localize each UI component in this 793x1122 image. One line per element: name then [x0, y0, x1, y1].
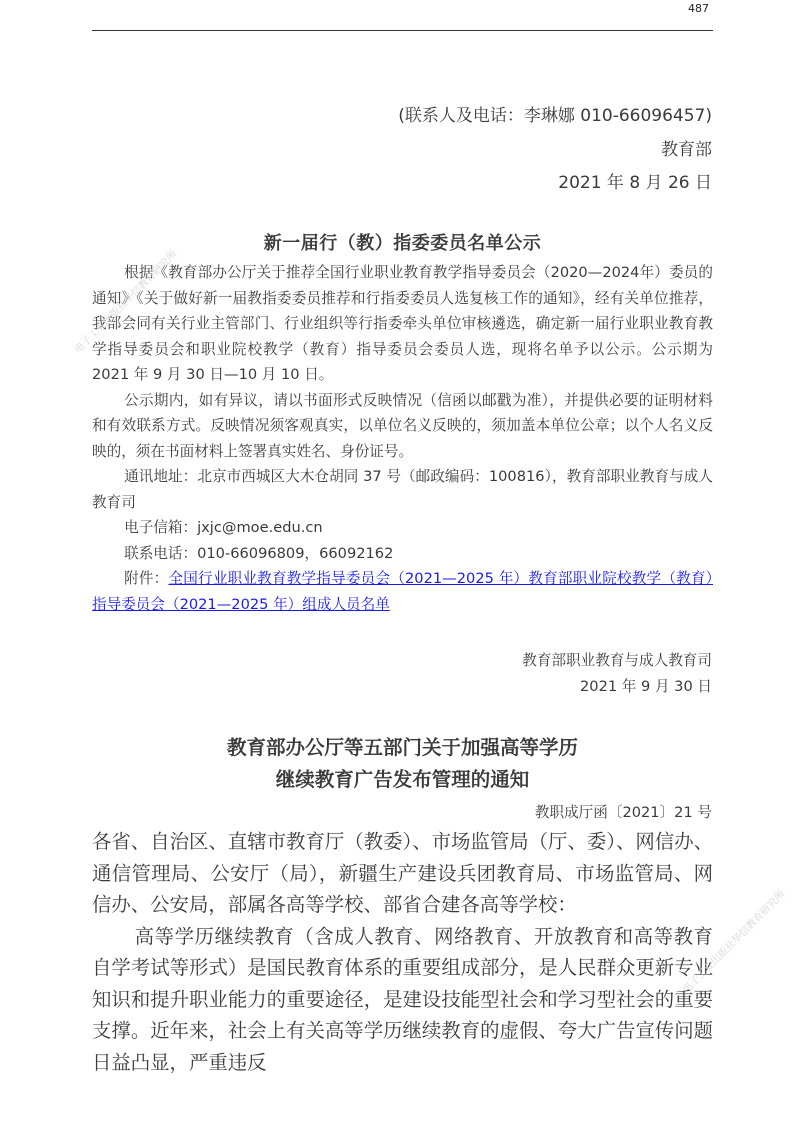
notice1-paragraph-2: 公示期内，如有异议，请以书面形式反映情况（信函以邮戳为准），并提供必要的证明材料…	[92, 388, 713, 465]
email-label: 电子信箱：	[124, 519, 197, 536]
notice1-date: 2021 年 9 月 30 日	[580, 675, 712, 696]
attachment-link[interactable]: 全国行业职业教育教学指导委员会（2021—2025 年）教育部职业院校教学（教育…	[92, 570, 713, 613]
notice1-email-line: 电子信箱：jxjc@moe.edu.cn	[92, 515, 713, 541]
notice1-title: 新一届行（教）指委委员名单公示	[92, 229, 713, 255]
notice1-paragraph-3: 通讯地址：北京市西城区大木仓胡同 37 号（邮政编码：100816），教育部职业…	[92, 464, 713, 515]
phone-value: 010-66096809，66092162	[197, 545, 393, 562]
notice2-title-line2: 继续教育广告发布管理的通知	[92, 764, 713, 792]
notice1-paragraph-1: 根据《教育部办公厅关于推荐全国行业职业教育教学指导委员会（2020—2024年）…	[92, 260, 713, 388]
issue-date: 2021 年 8 月 26 日	[558, 168, 712, 193]
attachment-label: 附件：	[124, 570, 168, 587]
issuer: 教育部	[661, 135, 712, 160]
notice2-paragraph-1: 高等学历继续教育（含成人教育、网络教育、开放教育和高等教育自学考试等形式）是国民…	[92, 921, 713, 1079]
contact-line: (联系人及电话：李琳娜 010-66096457)	[398, 101, 712, 126]
notice2-title-line1: 教育部办公厅等五部门关于加强高等学历	[92, 732, 713, 760]
addressees: 各省、自治区、直辖市教育厅（教委）、市场监管局（厅、委）、网信办、通信管理局、公…	[92, 826, 713, 921]
notice2-body: 各省、自治区、直辖市教育厅（教委）、市场监管局（厅、委）、网信办、通信管理局、公…	[92, 826, 713, 1078]
phone-label: 联系电话：	[124, 545, 197, 562]
email-value: jxjc@moe.edu.cn	[197, 519, 323, 536]
notice1-phone-line: 联系电话：010-66096809，66092162	[92, 541, 713, 567]
page-number: 487	[688, 2, 709, 15]
notice1-attachment-line: 附件：全国行业职业教育教学指导委员会（2021—2025 年）教育部职业院校教学…	[92, 566, 713, 617]
notice1-body: 根据《教育部办公厅关于推荐全国行业职业教育教学指导委员会（2020—2024年）…	[92, 260, 713, 617]
header-rule	[92, 30, 713, 31]
doc-number: 教职成厅函〔2021〕21 号	[535, 801, 712, 822]
notice1-issuer: 教育部职业教育与成人教育司	[522, 649, 712, 670]
